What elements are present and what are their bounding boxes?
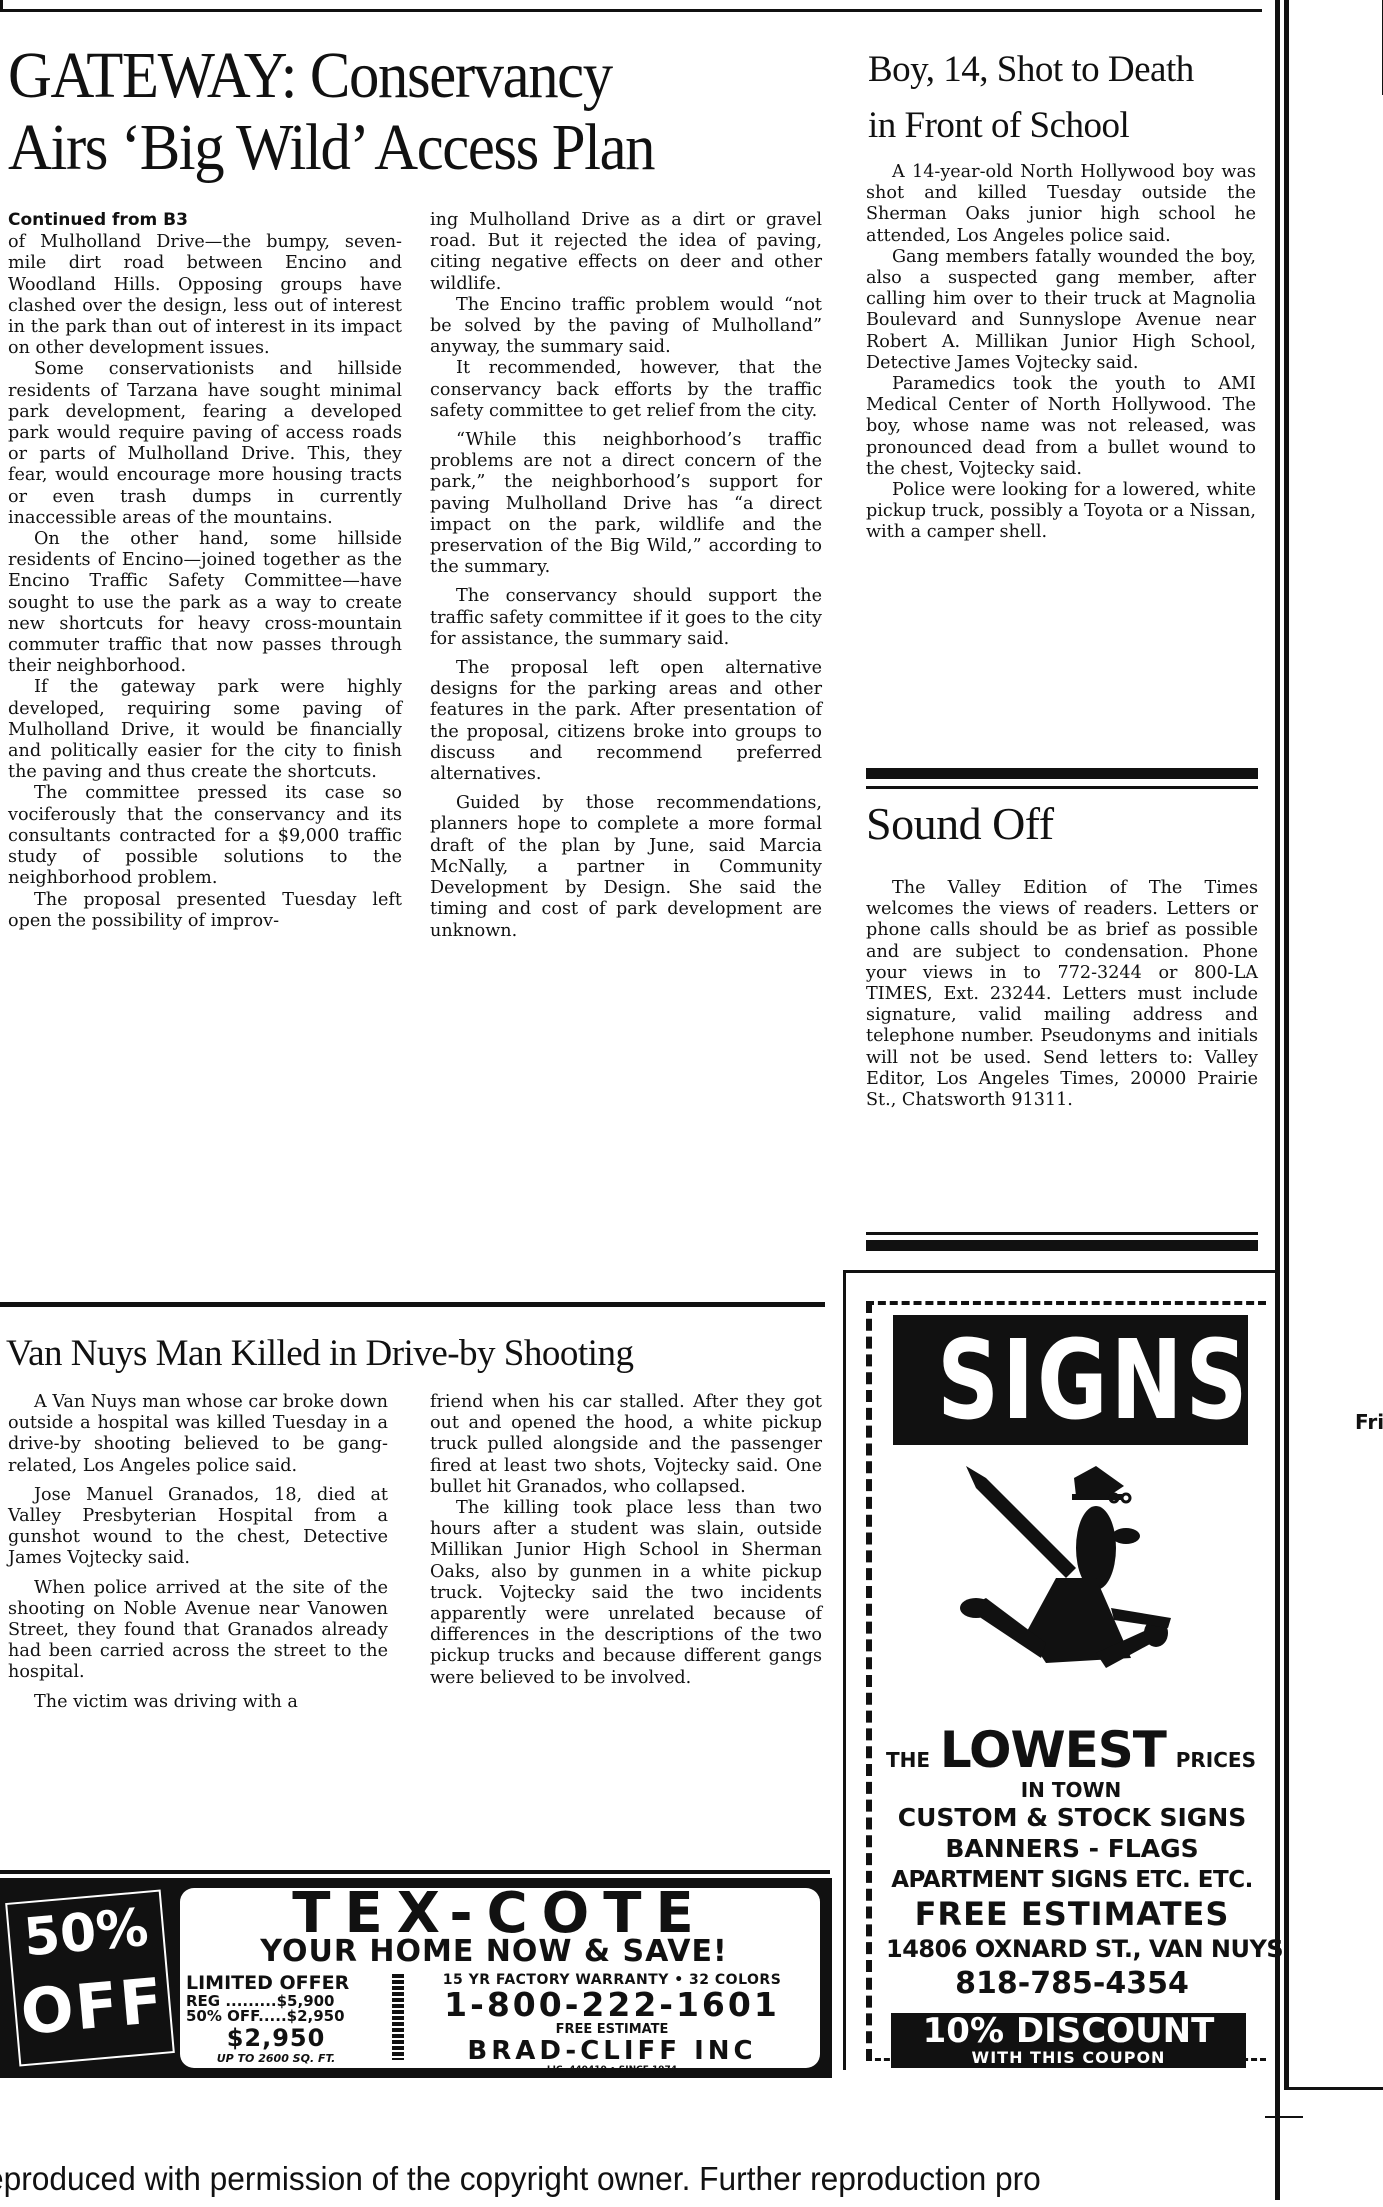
limited-offer-label: LIMITED OFFER bbox=[186, 1972, 386, 1994]
texcote-pricing: LIMITED OFFER REG .........$5,900 50% OF… bbox=[186, 1972, 386, 2065]
apartment-signs-line: APARTMENT SIGNS ETC. ETC. bbox=[886, 1867, 1258, 1893]
gateway-headline-line1: GATEWAY: Conservancy bbox=[8, 40, 762, 112]
gateway-headline: GATEWAY: Conservancy Airs ‘Big Wild’ Acc… bbox=[8, 40, 762, 184]
van-nuys-column-2: friend when his car stalled. After they … bbox=[430, 1392, 822, 1689]
paragraph: Gang members fatally wounded the boy, al… bbox=[866, 247, 1256, 374]
boy-headline-line2: in Front of School bbox=[868, 98, 1258, 154]
sound-off-headline: Sound Off bbox=[866, 796, 1054, 852]
banners-flags-line: BANNERS - FLAGS bbox=[886, 1834, 1258, 1863]
gateway-headline-line2: Airs ‘Big Wild’ Access Plan bbox=[8, 112, 762, 184]
free-estimate-label: FREE ESTIMATE bbox=[412, 2022, 812, 2037]
coupon-discount: 10% DISCOUNT bbox=[891, 2013, 1246, 2049]
fifty-percent-off-badge: 50% OFF bbox=[5, 1890, 175, 2067]
cartoon-mascot-icon bbox=[946, 1458, 1186, 1698]
signs-banner: SIGNS bbox=[893, 1315, 1248, 1445]
signs-address: 14806 OXNARD ST., VAN NUYS bbox=[886, 1935, 1258, 1963]
sound-off-body: The Valley Edition of The Times welcomes… bbox=[866, 878, 1258, 1111]
badge-off: OFF bbox=[13, 1961, 171, 2052]
paragraph: Some conservationists and hillside resid… bbox=[8, 359, 402, 529]
paragraph: The proposal presented Tuesday left open… bbox=[8, 890, 402, 932]
paragraph: friend when his car stalled. After they … bbox=[430, 1392, 822, 1498]
paragraph: Paramedics took the youth to AMI Medical… bbox=[866, 374, 1256, 480]
paragraph: The Valley Edition of The Times welcomes… bbox=[866, 878, 1258, 1111]
sound-off-top-bar bbox=[866, 768, 1258, 779]
discount-price-line: 50% OFF.....$2,950 bbox=[186, 2009, 386, 2024]
paragraph: The victim was driving with a bbox=[8, 1692, 388, 1713]
van-nuys-column-1: A Van Nuys man whose car broke down outs… bbox=[8, 1392, 388, 1713]
texcote-tagline: YOUR HOME NOW & SAVE! bbox=[184, 1934, 804, 1969]
page-edge-rule bbox=[1265, 2116, 1303, 2118]
paragraph: When police arrived at the site of the s… bbox=[8, 1578, 388, 1684]
van-nuys-headline: Van Nuys Man Killed in Drive-by Shooting bbox=[6, 1332, 826, 1376]
paragraph: A 14-year-old North Hollywood boy was sh… bbox=[866, 162, 1256, 247]
sale-price: $2,950 bbox=[186, 2024, 366, 2052]
paragraph: If the gateway park were highly develope… bbox=[8, 677, 402, 783]
free-estimates-line: FREE ESTIMATES bbox=[886, 1895, 1258, 1933]
copyright-notice: eproduced with permission of the copyrig… bbox=[0, 2160, 1383, 2198]
paragraph: It recommended, however, that the conser… bbox=[430, 358, 822, 422]
paragraph: The conservancy should support the traff… bbox=[430, 586, 822, 650]
section-divider-rule bbox=[0, 1302, 825, 1307]
in-town-label: IN TOWN bbox=[886, 1778, 1256, 1802]
gateway-column-2: ing Mulholland Drive as a dirt or gravel… bbox=[430, 210, 822, 942]
lowest-label: LOWEST bbox=[940, 1721, 1166, 1779]
paragraph: of Mulholland Drive—the bumpy, seven-mil… bbox=[8, 232, 402, 359]
texcote-vertical-strip bbox=[392, 1974, 404, 2060]
adjacent-page-fragment: Fri bbox=[1355, 1410, 1383, 1434]
custom-stock-signs-line: CUSTOM & STOCK SIGNS bbox=[886, 1803, 1258, 1832]
texcote-panel: TEX-COTE YOUR HOME NOW & SAVE! LIMITED O… bbox=[180, 1888, 820, 2068]
badge-percent: 50% bbox=[7, 1892, 165, 1975]
boy-article-headline: Boy, 14, Shot to Death in Front of Schoo… bbox=[868, 42, 1258, 154]
paragraph: The proposal left open alternative desig… bbox=[430, 658, 822, 785]
column-rule bbox=[1275, 0, 1280, 2200]
paragraph: A Van Nuys man whose car broke down outs… bbox=[8, 1392, 388, 1477]
sound-off-top-rule bbox=[866, 786, 1258, 789]
license-line: LIC. 440410 • SINCE 1974 bbox=[412, 2065, 812, 2075]
boy-article-body: A 14-year-old North Hollywood boy was sh… bbox=[866, 162, 1256, 544]
adjacent-page-rule bbox=[1284, 2087, 1383, 2090]
gateway-column-1: Continued from B3 of Mulholland Drive—th… bbox=[8, 210, 402, 932]
lowest-prices-line: THE LOWEST PRICES bbox=[886, 1721, 1256, 1779]
column-rule bbox=[1284, 0, 1289, 2090]
paragraph: Guided by those recommendations, planner… bbox=[430, 793, 822, 941]
the-label: THE bbox=[886, 1748, 930, 1772]
sound-off-bottom-bar bbox=[866, 1240, 1258, 1251]
signs-banner-text: SIGNS bbox=[937, 1315, 1250, 1445]
sound-off-bottom-rule bbox=[866, 1232, 1258, 1235]
paragraph: The committee pressed its case so vocife… bbox=[8, 783, 402, 889]
texcote-contact: 15 YR FACTORY WARRANTY • 32 COLORS 1-800… bbox=[412, 1972, 812, 2075]
texcote-advertisement: 50% OFF TEX-COTE YOUR HOME NOW & SAVE! L… bbox=[0, 1878, 832, 2078]
paragraph: On the other hand, some hillside residen… bbox=[8, 529, 402, 677]
top-border-rule bbox=[0, 0, 1262, 12]
ad-top-rule bbox=[0, 1870, 830, 1874]
paragraph: “While this neighborhood’s traffic probl… bbox=[430, 430, 822, 578]
signs-advertisement: SIGNS THE LOWEST PRICES IN TOWN CUSTOM &… bbox=[843, 1270, 1275, 2070]
paragraph: Jose Manuel Granados, 18, died at Valley… bbox=[8, 1485, 388, 1570]
texcote-phone: 1-800-222-1601 bbox=[412, 1988, 812, 2022]
paragraph: The Encino traffic problem would “not be… bbox=[430, 295, 822, 359]
paragraph: Police were looking for a lowered, white… bbox=[866, 480, 1256, 544]
coupon-condition: WITH THIS COUPON bbox=[891, 2049, 1246, 2067]
continued-from-label: Continued from B3 bbox=[8, 210, 402, 231]
discount-coupon: 10% DISCOUNT WITH THIS COUPON bbox=[891, 2013, 1246, 2068]
signs-phone: 818-785-4354 bbox=[886, 1966, 1258, 2001]
paragraph: ing Mulholland Drive as a dirt or gravel… bbox=[430, 210, 822, 295]
boy-headline-line1: Boy, 14, Shot to Death bbox=[868, 42, 1258, 98]
coverage-note: UP TO 2600 SQ. FT. bbox=[186, 2052, 366, 2065]
paragraph: The killing took place less than two hou… bbox=[430, 1498, 822, 1689]
company-name: BRAD-CLIFF INC bbox=[412, 2037, 812, 2065]
prices-label: PRICES bbox=[1176, 1748, 1256, 1772]
